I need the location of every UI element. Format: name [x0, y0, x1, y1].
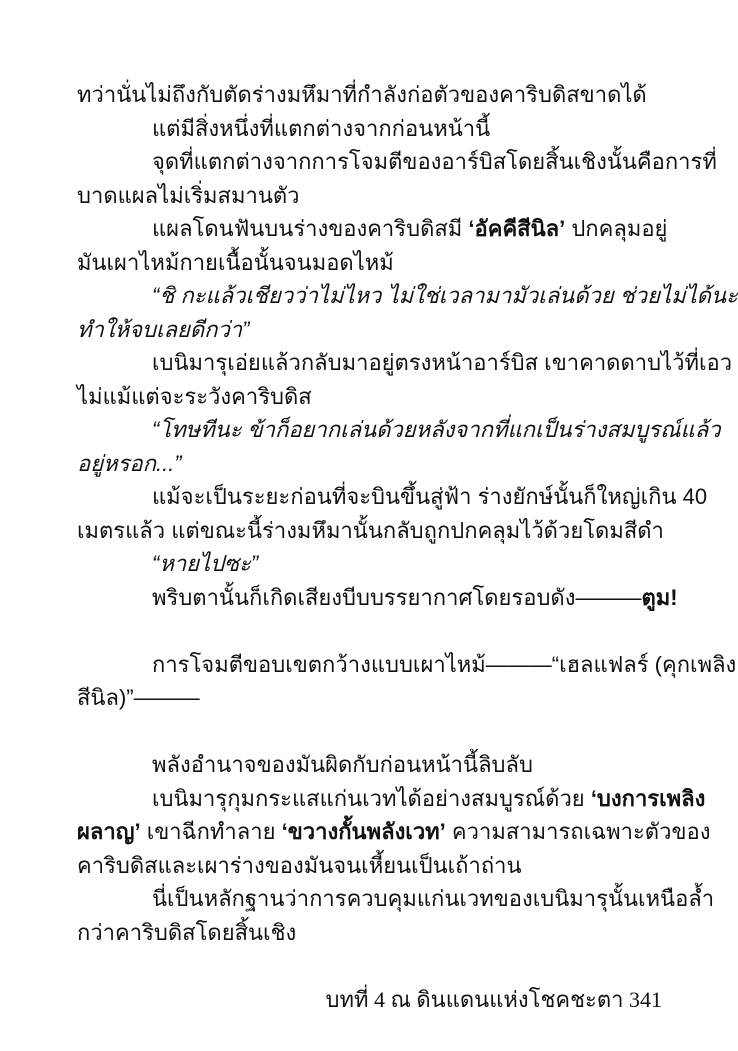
body-text: ทว่านั่นไม่ถึงกับตัดร่างมหึมาที่กำลังก่อ… [77, 78, 662, 983]
text-line: อยู่หรอก...” [77, 447, 662, 481]
text-segment: คาริบดิสและเผาร่างของมันจนเหี้ยนเป็นเถ้า… [77, 853, 522, 878]
text-line: ไม่แม้แต่จะระวังคาริบดิส [77, 380, 662, 414]
text-line: แต่มีสิ่งหนึ่งที่แตกต่างจากก่อนหน้านี้ [77, 112, 662, 146]
blank-line [77, 614, 662, 648]
text-line: ทำให้จบเลยดีกว่า” [77, 313, 662, 347]
text-segment: “ชิ กะแล้วเชียวว่าไม่ไหว ไม่ใช่เวลามามัว… [152, 283, 738, 308]
text-segment: ไม่แม้แต่จะระวังคาริบดิส [77, 384, 312, 409]
text-segment: ปกคลุมอยู่ [565, 216, 667, 241]
text-line: แม้จะเป็นระยะก่อนที่จะบินขึ้นสู่ฟ้า ร่าง… [77, 480, 662, 514]
text-segment: นี่เป็นหลักฐานว่าการควบคุมแก่นเวทของเบนิ… [152, 886, 714, 911]
text-line: มันเผาไหม้กายเนื้อนั้นจนมอดไหม้ [77, 246, 662, 280]
text-line: การโจมตีขอบเขตกว้างแบบเผาไหม้———“เฮลแฟลร… [77, 648, 662, 682]
text-line: “หายไปซะ” [77, 547, 662, 581]
text-line: คาริบดิสและเผาร่างของมันจนเหี้ยนเป็นเถ้า… [77, 849, 662, 883]
text-segment: แม้จะเป็นระยะก่อนที่จะบินขึ้นสู่ฟ้า ร่าง… [152, 484, 707, 509]
text-segment: กว่าคาริบดิสโดยสิ้นเชิง [77, 920, 296, 945]
text-segment: ทำให้จบเลยดีกว่า” [77, 317, 250, 342]
text-segment: อยู่หรอก...” [77, 451, 182, 476]
text-segment: ‘ขวางกั้นพลังเวท’ [282, 819, 446, 844]
text-line: จุดที่แตกต่างจากการโจมตีของอาร์บิสโดยสิ้… [77, 145, 662, 179]
text-segment: มันเผาไหม้กายเนื้อนั้นจนมอดไหม้ [77, 250, 394, 275]
text-segment: ความสามารถเฉพาะตัวของ [446, 819, 711, 844]
text-line: พริบตานั้นก็เกิดเสียงบีบบรรยากาศโดยรอบดั… [77, 581, 662, 615]
text-segment: การโจมตีขอบเขตกว้างแบบเผาไหม้———“เฮลแฟลร… [152, 652, 736, 677]
text-segment: ผลาญ’ [77, 819, 141, 844]
text-line: ผลาญ’ เขาฉีกทำลาย ‘ขวางกั้นพลังเวท’ ความ… [77, 815, 662, 849]
text-segment: พลังอำนาจของมันผิดกับก่อนหน้านี้ลิบลับ [152, 752, 533, 777]
text-line: กว่าคาริบดิสโดยสิ้นเชิง [77, 916, 662, 950]
text-line: “โทษทีนะ ข้าก็อยากเล่นด้วยหลังจากที่แกเป… [77, 413, 662, 447]
text-segment: เมตรแล้ว แต่ขณะนี้ร่างมหึมานั้นกลับถูกปก… [77, 518, 664, 543]
text-line: ทว่านั่นไม่ถึงกับตัดร่างมหึมาที่กำลังก่อ… [77, 78, 662, 112]
text-line: แผลโดนฟันบนร่างของคาริบดิสมี ‘อัคคีสีนิล… [77, 212, 662, 246]
text-segment: ทว่านั่นไม่ถึงกับตัดร่างมหึมาที่กำลังก่อ… [77, 82, 647, 107]
text-segment: ‘บงการเพลิง [591, 786, 706, 811]
text-line: บาดแผลไม่เริ่มสมานตัว [77, 179, 662, 213]
blank-line [77, 949, 662, 983]
text-line: เมตรแล้ว แต่ขณะนี้ร่างมหึมานั้นกลับถูกปก… [77, 514, 662, 548]
text-line: เบนิมารุเอ่ยแล้วกลับมาอยู่ตรงหน้าอาร์บิส… [77, 346, 662, 380]
text-line: เบนิมารุกุมกระแสแก่นเวทได้อย่างสมบูรณ์ด้… [77, 782, 662, 816]
text-segment: ‘อัคคีสีนิล’ [468, 216, 565, 241]
text-segment: สีนิล)”——— [77, 685, 200, 710]
blank-line [77, 715, 662, 749]
text-segment: จุดที่แตกต่างจากการโจมตีของอาร์บิสโดยสิ้… [152, 149, 717, 174]
text-segment: “หายไปซะ” [152, 551, 258, 576]
text-line: นี่เป็นหลักฐานว่าการควบคุมแก่นเวทของเบนิ… [77, 882, 662, 916]
text-segment: พริบตานั้นก็เกิดเสียงบีบบรรยากาศโดยรอบดั… [152, 585, 641, 610]
text-segment: แผลโดนฟันบนร่างของคาริบดิสมี [152, 216, 468, 241]
text-segment: แต่มีสิ่งหนึ่งที่แตกต่างจากก่อนหน้านี้ [152, 116, 490, 141]
text-segment: บาดแผลไม่เริ่มสมานตัว [77, 183, 300, 208]
book-page: ทว่านั่นไม่ถึงกับตัดร่างมหึมาที่กำลังก่อ… [0, 0, 738, 1051]
text-line: สีนิล)”——— [77, 681, 662, 715]
text-segment: “โทษทีนะ ข้าก็อยากเล่นด้วยหลังจากที่แกเป… [152, 417, 721, 442]
page-footer-chapter-title: บทที่ 4 ณ ดินแดนแห่งโชคชะตา 341 [77, 983, 662, 1017]
text-segment: เบนิมารุกุมกระแสแก่นเวทได้อย่างสมบูรณ์ด้… [152, 786, 591, 811]
text-segment: เขาฉีกทำลาย [141, 819, 282, 844]
text-segment: เบนิมารุเอ่ยแล้วกลับมาอยู่ตรงหน้าอาร์บิส… [152, 350, 732, 375]
text-line: พลังอำนาจของมันผิดกับก่อนหน้านี้ลิบลับ [77, 748, 662, 782]
text-segment: ตูม! [641, 585, 677, 610]
text-line: “ชิ กะแล้วเชียวว่าไม่ไหว ไม่ใช่เวลามามัว… [77, 279, 662, 313]
